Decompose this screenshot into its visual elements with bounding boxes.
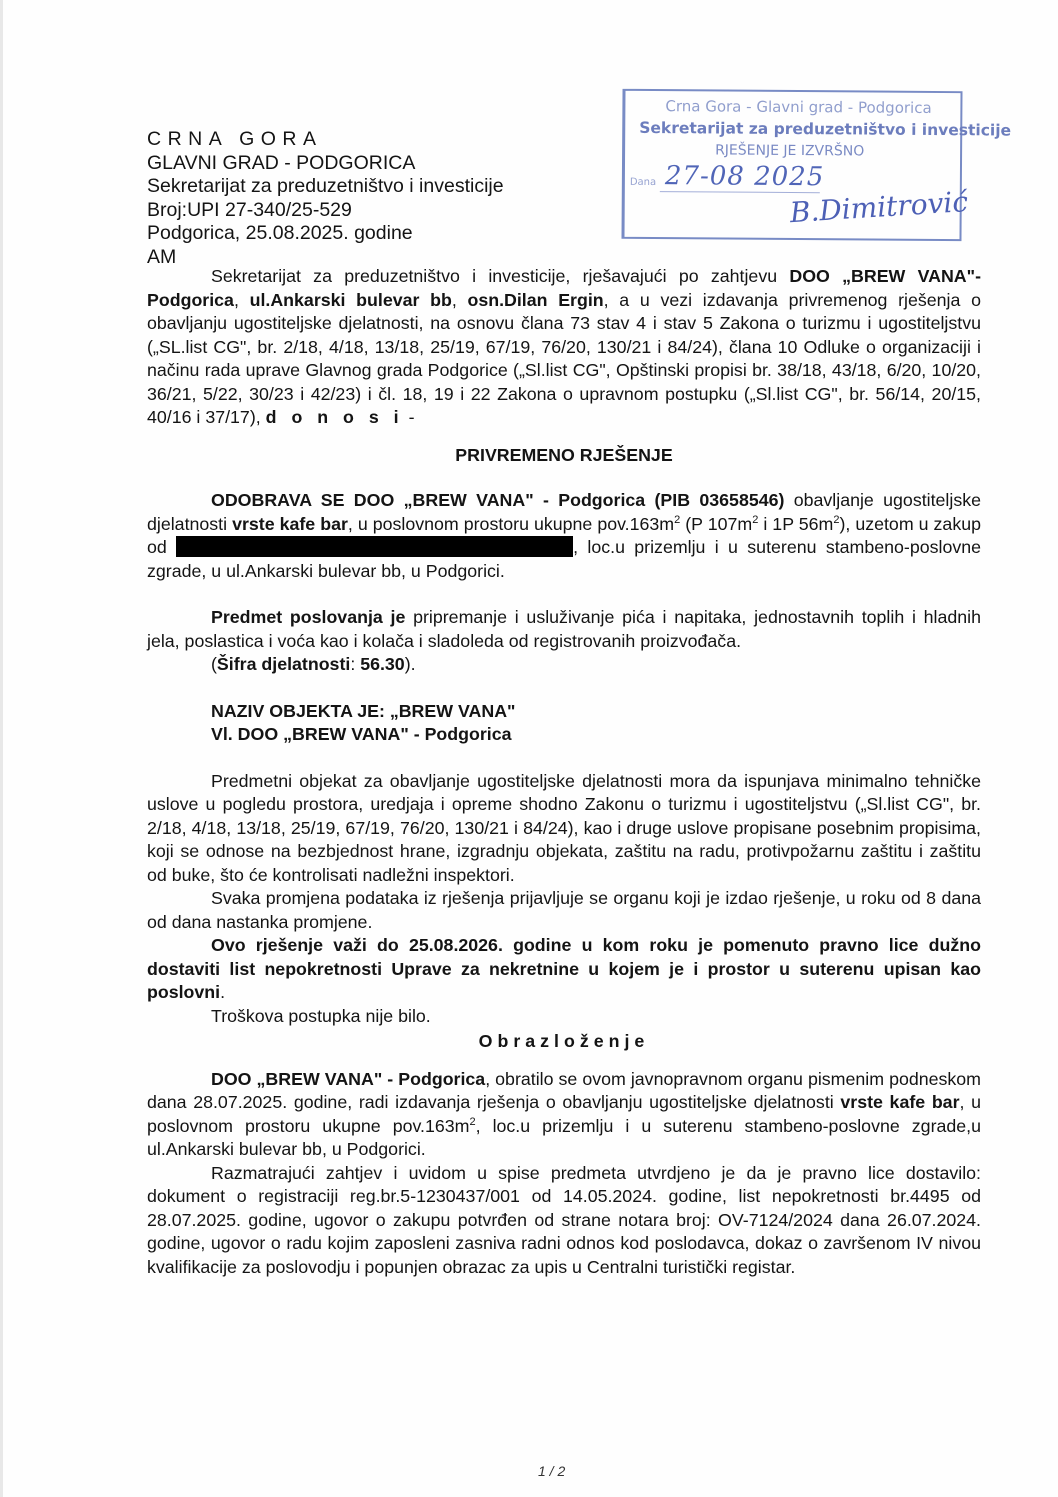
intro-text: Sekretarijat za preduzetništvo i investi… <box>211 266 789 286</box>
business-subject-label: Predmet poslovanja je <box>211 607 405 627</box>
document-body: Sekretarijat za preduzetništvo i investi… <box>147 265 981 1279</box>
stamp-handwritten-date: 27-08 2025 <box>665 161 825 192</box>
activity-code-line: (Šifra djelatnosti: 56.30). <box>147 653 981 677</box>
approval-subject: ODOBRAVA SE DOO „BREW VANA" - Podgorica … <box>211 490 784 510</box>
business-type: vrste kafe bar <box>232 514 348 534</box>
city-name: GLAVNI GRAD - PODGORICA <box>147 152 504 176</box>
object-name: NAZIV OBJEKTA JE: „BREW VANA" <box>147 700 981 724</box>
validity-paragraph: Ovo rješenje važi do 25.08.2026. godine … <box>147 934 981 1005</box>
execution-stamp: Crna Gora - Glavni grad - Podgorica Sekr… <box>621 89 962 241</box>
scan-edge <box>0 0 3 1497</box>
page-number: 1 / 2 <box>538 1463 565 1479</box>
activity-code-value: 56.30 <box>360 654 405 674</box>
intro-paragraph: Sekretarijat za preduzetništvo i investi… <box>147 265 981 430</box>
stamp-date-line <box>660 191 820 193</box>
applicant-address: ul.Ankarski bulevar bb <box>250 290 452 310</box>
period: . <box>220 982 225 1002</box>
business-type: vrste kafe bar <box>840 1092 959 1112</box>
letterhead: CRNA GORA GLAVNI GRAD - PODGORICA Sekret… <box>147 128 504 269</box>
redaction-bar <box>176 536 573 557</box>
paren: ). <box>405 654 416 674</box>
stamp-line-3: RJEŠENJE JE IZVRŠNO <box>715 142 864 159</box>
applicant-name: DOO „BREW VANA" - Podgorica <box>211 1069 485 1089</box>
approval-paragraph: ODOBRAVA SE DOO „BREW VANA" - Podgorica … <box>147 489 981 583</box>
object-owner: Vl. DOO „BREW VANA" - Podgorica <box>147 723 981 747</box>
department-name: Sekretarijat za preduzetništvo i investi… <box>147 175 504 199</box>
separator: : <box>350 654 360 674</box>
donosi-keyword: d o n o s i <box>266 407 404 427</box>
stamp-line-1: Crna Gora - Glavni grad - Podgorica <box>665 97 931 117</box>
business-subject-paragraph: Predmet poslovanja je pripremanje i uslu… <box>147 606 981 653</box>
document-page: CRNA GORA GLAVNI GRAD - PODGORICA Sekret… <box>0 0 1058 1497</box>
stamp-dana-label: Dana <box>630 177 656 188</box>
applicant-founder: osn.Dilan Ergin <box>467 290 603 310</box>
activity-code-label: Šifra djelatnosti <box>217 654 350 674</box>
approval-text: , u poslovnom prostoru ukupne pov.163m <box>348 514 674 534</box>
reasoning-paragraph-1: DOO „BREW VANA" - Podgorica, obratilo se… <box>147 1068 981 1162</box>
approval-text: (P 107m <box>680 514 752 534</box>
intro-text: - <box>404 407 415 427</box>
reasoning-title: Obrazloženje <box>147 1030 981 1054</box>
intro-text: , <box>452 290 468 310</box>
country-name: CRNA GORA <box>147 128 504 152</box>
reasoning-paragraph-2: Razmatrajući zahtjev i uvidom u spise pr… <box>147 1162 981 1280</box>
conditions-paragraph: Predmetni objekat za obavljanje ugostite… <box>147 770 981 888</box>
reference-number: Broj:UPI 27-340/25-529 <box>147 199 504 223</box>
place-date: Podgorica, 25.08.2025. godine <box>147 222 504 246</box>
decision-title: PRIVREMENO RJEŠENJE <box>147 444 981 468</box>
costs-paragraph: Troškova postupka nije bilo. <box>147 1005 981 1029</box>
validity-text: Ovo rješenje važi do 25.08.2026. godine … <box>147 935 981 1002</box>
intro-text: , <box>234 290 250 310</box>
stamp-line-2: Sekretarijat za preduzetništvo i investi… <box>639 119 1011 140</box>
approval-text: i 1P 56m <box>758 514 833 534</box>
change-notice-paragraph: Svaka promjena podataka iz rješenja prij… <box>147 887 981 934</box>
